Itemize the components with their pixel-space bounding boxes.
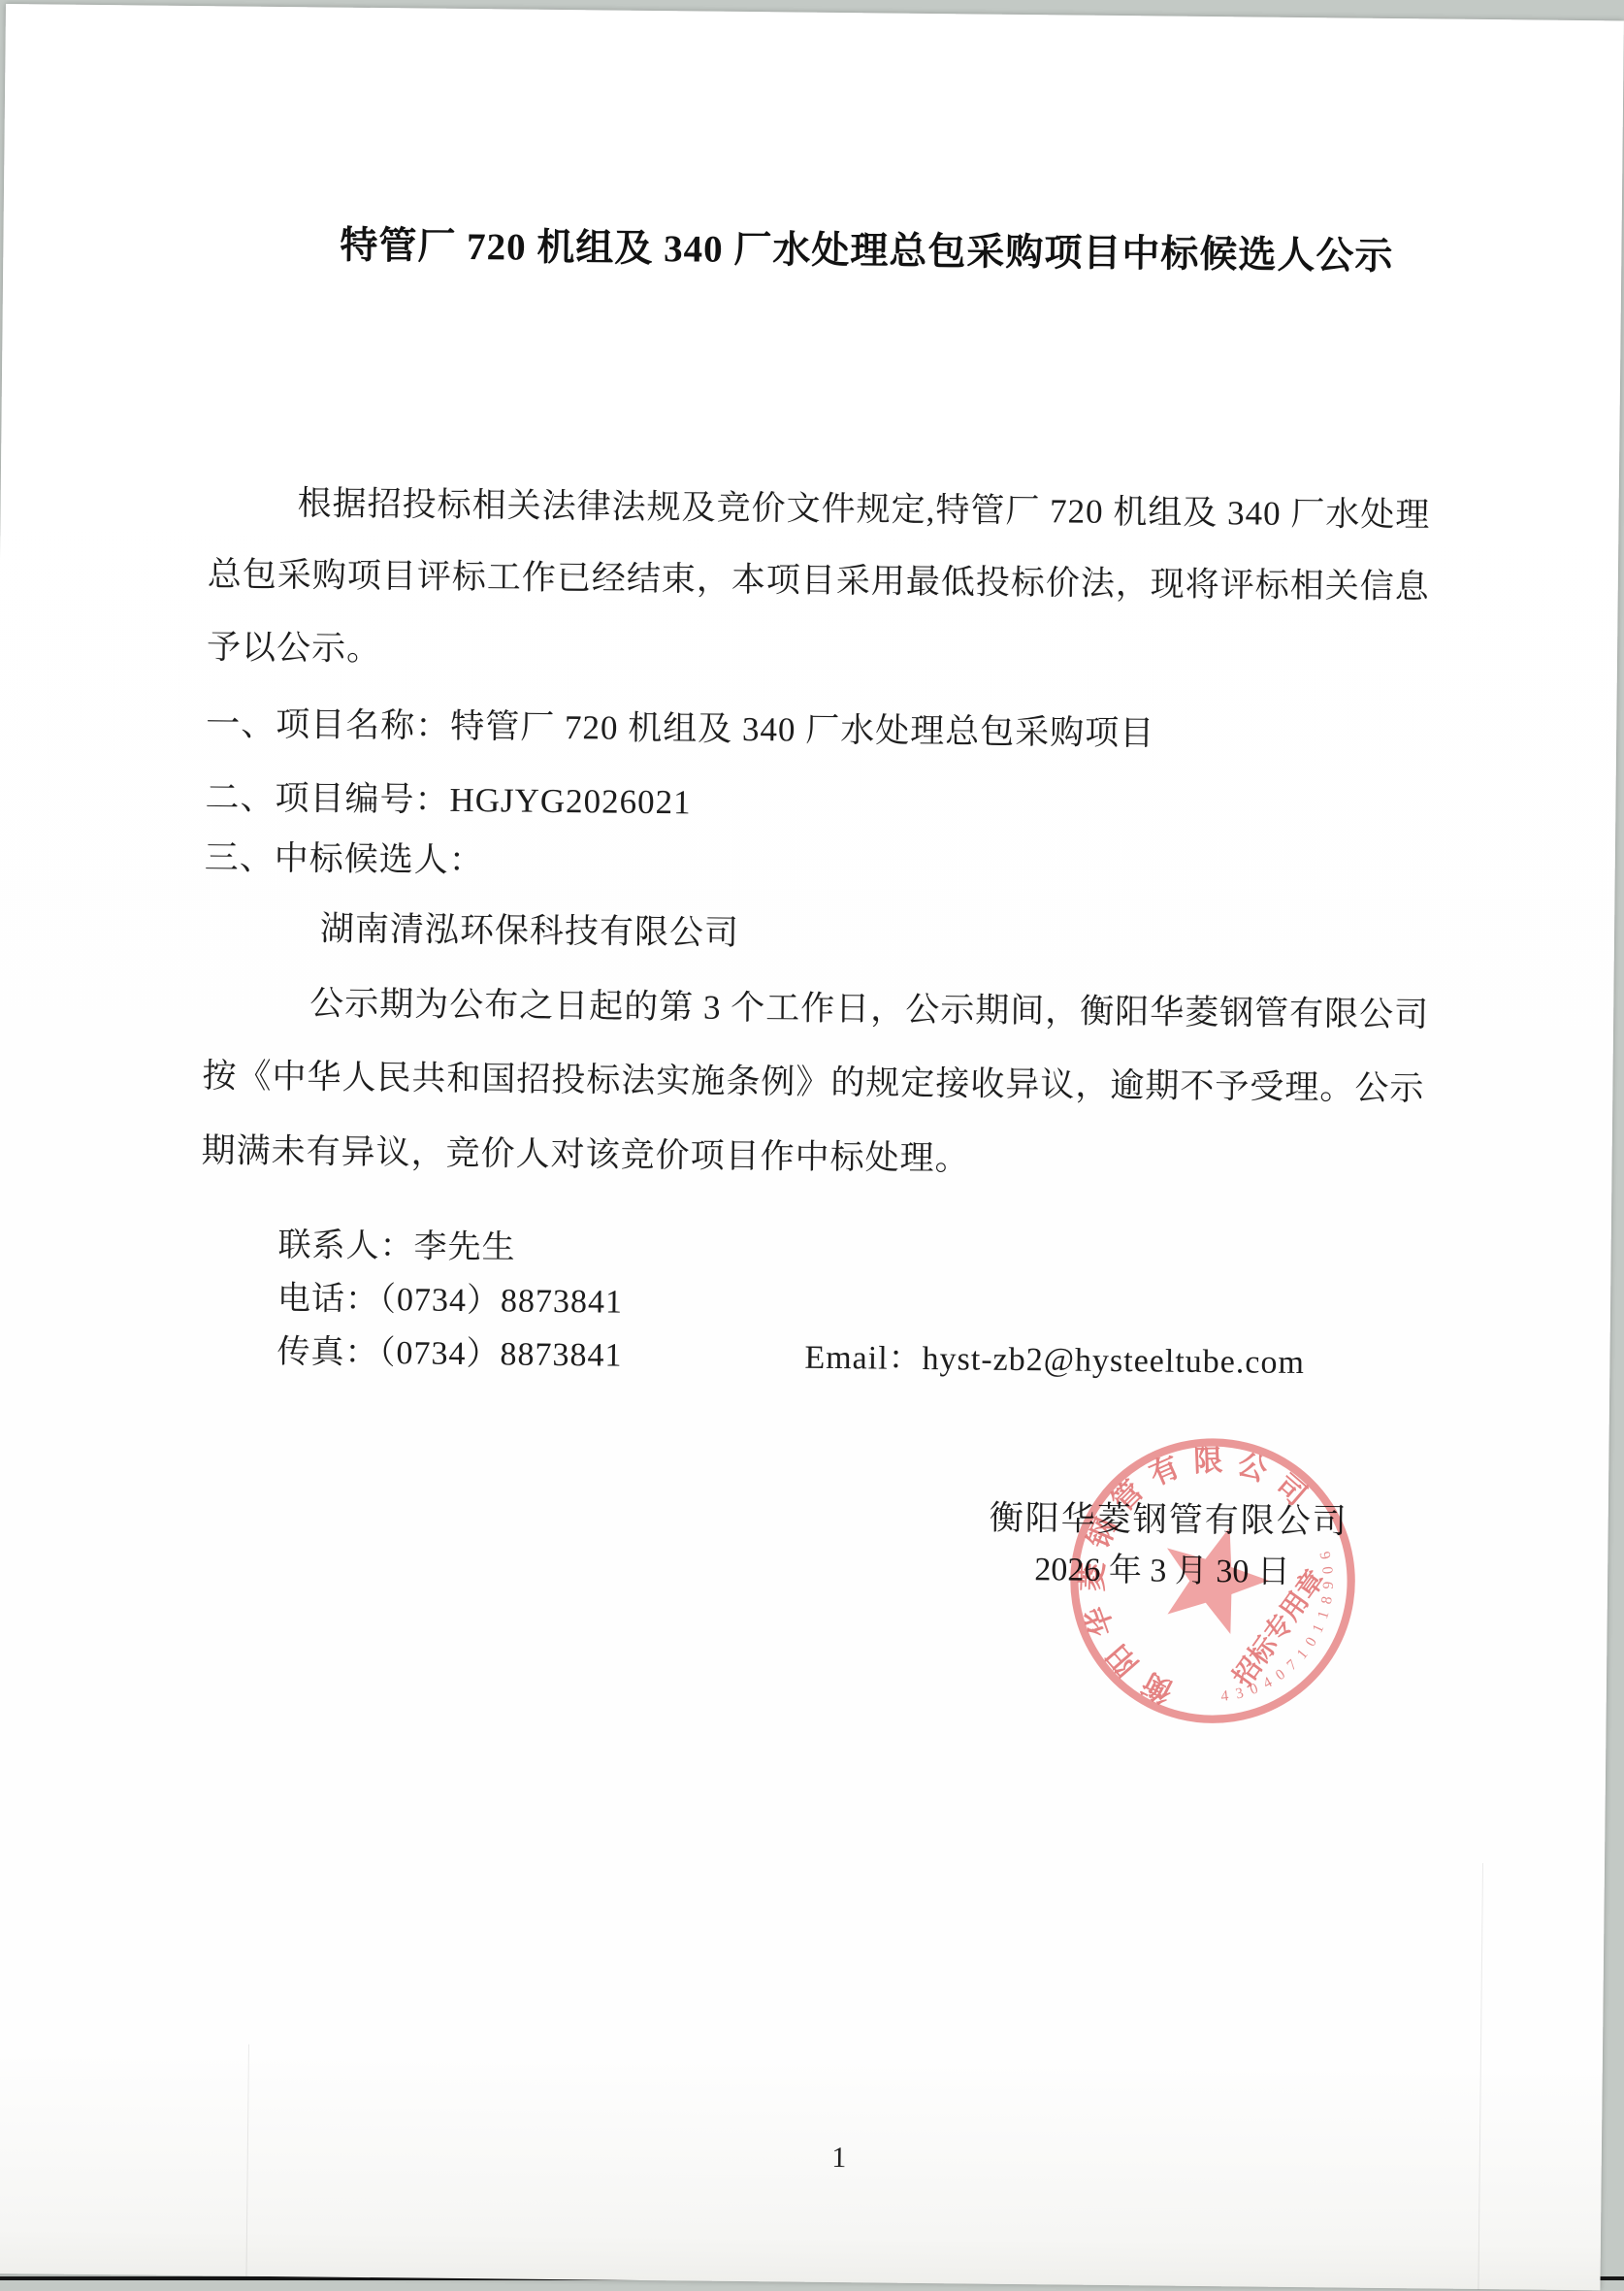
contact-fax-email-row: 传真：（0734）8873841 Email：hyst-zb2@hysteelt… [199, 1324, 1543, 1386]
seal-star-icon [1136, 1505, 1281, 1652]
item-candidates: 三、中标候选人： [205, 831, 1472, 893]
notice-line-3: 期满未有异议，竞价人对该竞价项目作中标处理。 [201, 1124, 1468, 1186]
notice-line-1: 公示期为公布之日起的第 3 个工作日，公示期间，衡阳华菱钢管有限公司 [203, 975, 1576, 1038]
page-number: 1 [791, 2142, 888, 2176]
company-seal-stamp: 衡阳华菱钢管有限公司 招标专用章 43040710118906 [1003, 1371, 1423, 1791]
item-project-number: 二、项目编号：HGJYG2026021 [205, 770, 1472, 833]
contact-fax: 传真：（0734）8873841 [276, 1334, 622, 1374]
contact-person: 联系人：李先生 [200, 1217, 1544, 1279]
intro-line-1: 根据招投标相关法律法规及竞价文件规定,特管厂 720 机组及 340 厂水处理 [208, 475, 1564, 539]
scanned-document-page: 特管厂 720 机组及 340 厂水处理总包采购项目中标候选人公示 根据招投标相… [0, 4, 1624, 2289]
item-project-name: 一、项目名称：特管厂 720 机组及 340 厂水处理总包采购项目 [206, 697, 1473, 759]
paper-fold-line [245, 2045, 249, 2277]
contact-email: Email：hyst-zb2@hysteeltube.com [804, 1330, 1305, 1383]
contact-phone: 电话：（0734）8873841 [200, 1270, 1544, 1332]
intro-line-2: 总包采购项目评标工作已经结束，本项目采用最低投标价法，现将评标相关信息 [208, 547, 1475, 609]
winning-candidate-name: 湖南清泓环保科技有限公司 [204, 900, 1587, 964]
paper-fold-line [1478, 1863, 1483, 2289]
document-title: 特管厂 720 机组及 340 厂水处理总包采购项目中标候选人公示 [236, 214, 1498, 282]
intro-line-3: 予以公示。 [207, 620, 1474, 682]
notice-line-2: 按《中华人民共和国招投标法实施条例》的规定接收异议，逾期不予受理。公示 [202, 1049, 1469, 1111]
